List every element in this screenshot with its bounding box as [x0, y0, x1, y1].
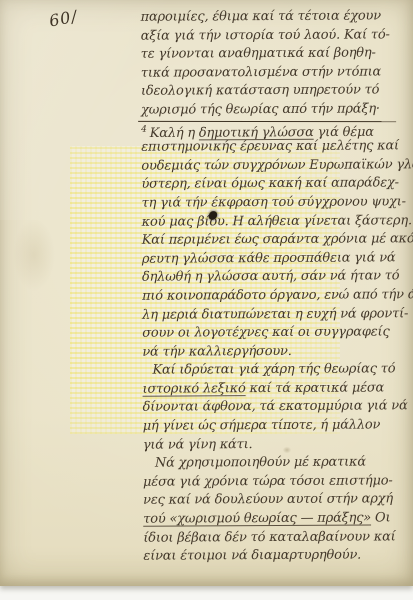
- handwriting-segment: μέσα γιά χρόνια τώρα τόσοι επιστήμο-: [143, 473, 393, 489]
- paper-sheet: 60/ παροιμίες, έθιμα καί τά τέτοια έχουν…: [0, 0, 413, 586]
- manuscript-line: ίδιοι βέβαια δέν τό καταλαβαίνουν καί: [143, 528, 412, 548]
- handwriting-segment: Καί περιμένει έως σαράντα χρόνια μέ ακό-: [142, 231, 413, 247]
- handwriting-segment: ρευτη γλώσσα κάθε προσπάθεια γιά νά: [142, 250, 396, 266]
- manuscript-line: γιά νά γίνη κάτι.: [143, 435, 412, 455]
- manuscript-line: νά τήν καλλιεργήσουν.: [142, 342, 411, 362]
- handwriting-segment: νά τήν καλλιεργήσουν.: [142, 344, 291, 360]
- handwriting-segment: τικά προσανατολισμένα στήν ντόπια: [141, 64, 381, 80]
- manuscript-line: δίνονται άφθονα, τά εκατομμύρια γιά νά: [143, 398, 412, 418]
- handwriting-segment: λη μεριά διατυπώνεται η ευχή νά φροντί-: [142, 306, 408, 322]
- handwriting-segment: τε γίνονται αναθηματικά καί βοηθη-: [141, 46, 376, 62]
- handwriting-segment: τού «χωρισμού θεωρίας — πράξης»: [143, 511, 371, 527]
- manuscript-line: νες καί νά δουλεύουν αυτοί στήν αρχή: [143, 491, 412, 511]
- handwriting-segment: Καί ιδρύεται γιά χάρη τής θεωρίας τό: [152, 362, 395, 378]
- manuscript-line: Καί ιδρύεται γιά χάρη τής θεωρίας τό: [152, 361, 411, 381]
- scan-background: { "manuscript": { "page_number": "60/", …: [0, 0, 413, 600]
- handwriting-segment: σουν οι λογοτέχνες καί οι συγγραφείς: [142, 325, 389, 341]
- handwriting-segment: δίνονται άφθονα, τά εκατομμύρια γιά νά: [143, 399, 408, 415]
- manuscript-line: ύστερη, είναι όμως κακή καί απαράδεχ-: [141, 175, 410, 195]
- manuscript-line: μή γίνει ώς σήμερα τίποτε, ή μάλλον: [143, 416, 412, 436]
- handwriting-segment: είναι έτοιμοι νά διαμαρτυρηθούν.: [143, 548, 361, 564]
- handwriting-segment: καί τά κρατικά μέσα: [246, 380, 385, 396]
- handwriting-segment: κού μας βίου. Η αλήθεια γίνεται ξάστερη.: [142, 213, 412, 229]
- manuscript-line: είναι έτοιμοι νά διαμαρτυρηθούν.: [143, 547, 412, 567]
- manuscript-line: μέσα γιά χρόνια τώρα τόσοι επιστήμο-: [143, 472, 412, 492]
- manuscript-line: δηλωθή η γλώσσα αυτή, σάν νά ήταν τό: [142, 268, 411, 288]
- manuscript-line: τού «χωρισμού θεωρίας — πράξης» Οι: [143, 509, 412, 529]
- handwriting-segment: ιστορικό λεξικό: [142, 381, 245, 397]
- paper-stain: [8, 210, 60, 300]
- manuscript-line: Καί περιμένει έως σαράντα χρόνια μέ ακό-: [142, 230, 411, 250]
- handwriting-segment: νες καί νά δουλεύουν αυτοί στήν αρχή: [143, 492, 393, 508]
- handwriting-segment: τη γιά τήν έκφραση τού σύγχρονου ψυχι-: [142, 194, 406, 210]
- manuscript-line: παροιμίες, έθιμα καί τά τέτοια έχουν: [141, 7, 410, 27]
- manuscript-line: αξία γιά τήν ιστορία τού λαού. Καί τό-: [141, 26, 410, 46]
- handwriting-segment: ίδιοι βέβαια δέν τό καταλαβαίνουν καί: [143, 529, 395, 545]
- manuscript-line: τε γίνονται αναθηματικά καί βοηθη-: [141, 44, 410, 64]
- manuscript-line: ρευτη γλώσσα κάθε προσπάθεια γιά νά: [142, 249, 411, 269]
- manuscript-line: ουδεμιάς τών συγχρόνων Ευρωπαϊκών γλώσ-: [141, 156, 410, 176]
- handwriting-segment: ιδεολογική κατάσταση υπηρετούν τό: [141, 83, 379, 99]
- manuscript-line: 4Καλή η δημοτική γλώσσα γιά θέμα: [141, 119, 410, 139]
- manuscript-text: παροιμίες, έθιμα καί τά τέτοια έχουναξία…: [141, 7, 413, 566]
- manuscript-line: τικά προσανατολισμένα στήν ντόπια: [141, 63, 410, 83]
- handwriting-segment: γιά νά γίνη κάτι.: [143, 437, 253, 453]
- manuscript-line: τη γιά τήν έκφραση τού σύγχρονου ψυχι-: [142, 193, 411, 213]
- page-number: 60/: [47, 6, 79, 30]
- manuscript-line: σουν οι λογοτέχνες καί οι συγγραφείς: [142, 323, 411, 343]
- manuscript-line: κού μας βίου. Η αλήθεια γίνεται ξάστερη.: [142, 212, 411, 232]
- manuscript-line: Νά χρησιμοποιηθούν μέ κρατικά: [155, 454, 412, 474]
- handwriting-segment: επιστημονικής έρευνας καί μελέτης καί: [141, 139, 399, 155]
- handwriting-segment: μή γίνει ώς σήμερα τίποτε, ή μάλλον: [143, 418, 381, 434]
- manuscript-line: χωρισμό τής θεωρίας από τήν πράξη·: [141, 100, 410, 120]
- handwriting-segment: Νά χρησιμοποιηθούν μέ κρατικά: [155, 455, 366, 471]
- handwriting-segment: ουδεμιάς τών συγχρόνων Ευρωπαϊκών γλώσ-: [141, 157, 413, 174]
- handwriting-segment: αξία γιά τήν ιστορία τού λαού. Καί τό-: [141, 27, 390, 43]
- manuscript-line: ιδεολογική κατάσταση υπηρετούν τό: [141, 82, 410, 102]
- manuscript-line: επιστημονικής έρευνας καί μελέτης καί: [141, 137, 410, 157]
- handwriting-segment: πιό κοινοπαράδοτο όργανο, ενώ από τήν άλ…: [142, 287, 413, 303]
- handwriting-segment: Οι: [371, 510, 390, 525]
- manuscript-line: λη μεριά διατυπώνεται η ευχή νά φροντί-: [142, 305, 411, 325]
- handwriting-segment: ύστερη, είναι όμως κακή καί απαράδεχ-: [141, 176, 398, 192]
- manuscript-line: πιό κοινοπαράδοτο όργανο, ενώ από τήν άλ…: [142, 286, 411, 306]
- handwriting-segment: χωρισμό τής θεωρίας από τήν πράξη·: [141, 101, 380, 117]
- handwriting-segment: 4: [141, 124, 147, 134]
- handwriting-segment: παροιμίες, έθιμα καί τά τέτοια έχουν: [141, 8, 381, 24]
- handwriting-segment: δηλωθή η γλώσσα αυτή, σάν νά ήταν τό: [142, 269, 400, 285]
- manuscript-line: ιστορικό λεξικό καί τά κρατικά μέσα: [142, 379, 411, 399]
